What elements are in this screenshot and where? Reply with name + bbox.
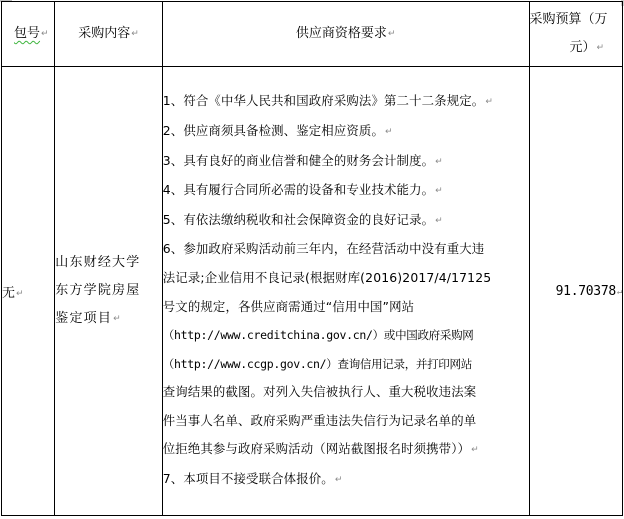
requirement-line: 1、符合《中华人民共和国政府采购法》第二十二条规定。 [163,93,485,108]
budget-value: 91.70378 [556,284,616,299]
requirement-line: 查询结果的截图。对列入失信被执行人、重大税收违法案 [163,384,477,399]
paragraph-mark-icon: ↵ [485,97,493,107]
content-line: 东方学院房屋 [55,277,162,305]
header-requirements-label: 供应商资格要求 [296,26,387,41]
table-header-row: 包号↵ 采购内容↵ 供应商资格要求↵ 采购预算（万 元）↵ [2,2,623,67]
requirement-line: 4、具有履行合同所必需的设备和专业技术能力。 [163,182,434,197]
header-content-label: 采购内容 [78,26,130,41]
requirement-line: 位拒绝其参与政府采购活动（网站截图报名时须携带）） [163,441,470,456]
requirement-line: 3、具有良好的商业信誉和健全的财务会计制度。 [163,153,434,168]
header-budget: 采购预算（万 元）↵ [529,2,622,67]
procurement-table: 包号↵ 采购内容↵ 供应商资格要求↵ 采购预算（万 元）↵ 无↵ 山东财经大学 … [1,1,623,516]
content-line: 鉴定项目 [55,311,112,326]
cell-content: 山东财经大学 东方学院房屋 鉴定项目↵ [55,67,163,516]
header-package-no-label: 包号 [14,26,40,41]
header-package-no: 包号↵ [2,2,55,67]
requirement-line: 2、供应商须具备检测、鉴定相应资质。 [163,123,384,138]
paragraph-mark-icon: ↵ [131,29,139,39]
paragraph-mark-icon: ↵ [435,186,443,196]
requirement-line: 法记录;企业信用不良记录(根据财库(2016)2017/4/17125 [163,270,492,285]
paragraph-mark-icon: ↵ [435,157,443,167]
requirement-line-url: （http://www.ccgp.gov.cn/）查询信用记录，并打印网站 [163,357,472,371]
requirement-line: 号文的规定，各供应商需通过“信用中国”网站 [163,299,414,314]
header-requirements: 供应商资格要求↵ [162,2,529,67]
paragraph-mark-icon: ↵ [16,289,24,299]
requirement-line: 5、有依法缴纳税收和社会保障资金的良好记录。 [163,212,434,227]
paragraph-mark-icon: ↵ [435,216,443,226]
paragraph-mark-icon: ↵ [41,29,49,39]
requirement-line: 7、本项目不接受联合体报价。 [163,471,334,486]
paragraph-mark-icon: ↵ [388,29,396,39]
paragraph-mark-icon: ↵ [471,445,479,455]
cell-requirements: 1、符合《中华人民共和国政府采购法》第二十二条规定。↵ 2、供应商须具备检测、鉴… [162,67,529,516]
header-budget-line2: 元） [569,40,595,55]
content-line: 山东财经大学 [55,249,162,277]
table-row: 无↵ 山东财经大学 东方学院房屋 鉴定项目↵ 1、符合《中华人民共和国政府采购法… [2,67,623,516]
paragraph-mark-icon: ↵ [617,287,622,297]
requirement-line-url: （http://www.creditchina.gov.cn/）或中国政府采购网 [163,328,474,342]
paragraph-mark-icon: ↵ [596,43,604,53]
cell-package-no: 无↵ [2,67,55,516]
package-no-value: 无 [2,286,15,301]
header-content: 采购内容↵ [55,2,163,67]
paragraph-mark-icon: ↵ [113,314,122,324]
paragraph-mark-icon: ↵ [385,127,393,137]
header-budget-line1: 采购预算（万 [530,12,608,27]
requirement-line: 件当事人名单、政府采购严重违法失信行为记录名单的单 [163,413,477,428]
cell-budget: 91.70378↵ [529,67,622,516]
paragraph-mark-icon: ↵ [335,475,343,485]
requirement-line: 6、参加政府采购活动前三年内，在经营活动中没有重大违 [163,241,485,256]
